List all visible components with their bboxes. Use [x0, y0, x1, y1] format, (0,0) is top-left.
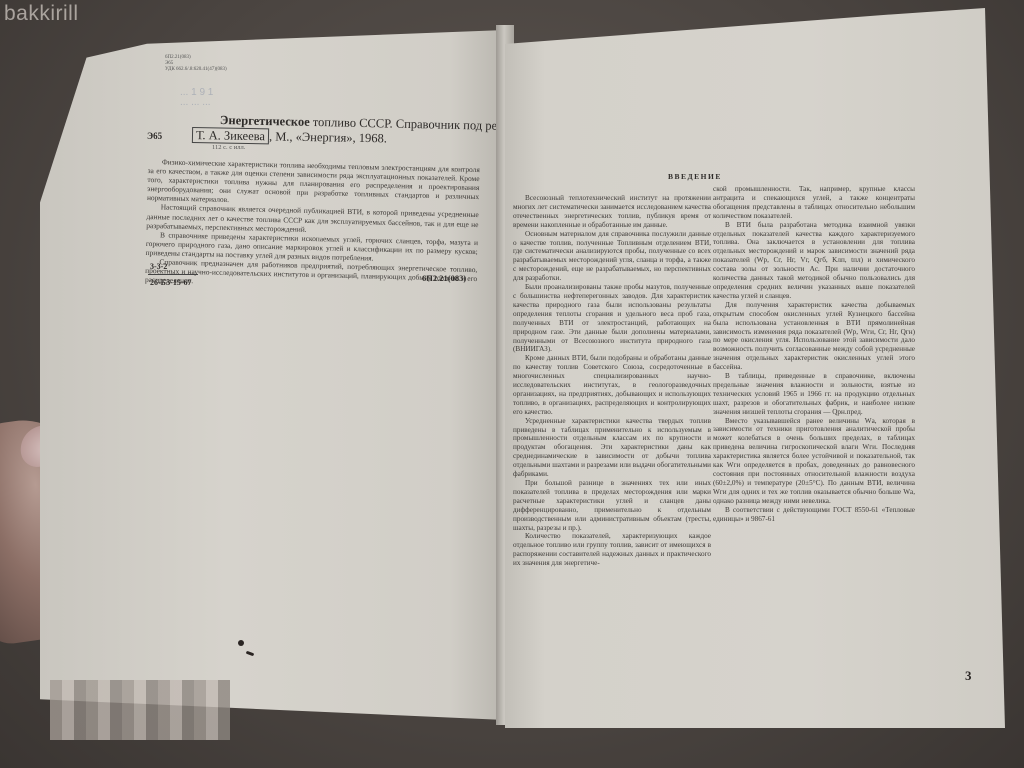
- ink-spot: [246, 651, 255, 657]
- paragraph: Были проанализированы также пробы мазуто…: [513, 283, 711, 354]
- code-divider: [148, 274, 198, 275]
- ink-spot: [238, 640, 244, 646]
- paragraph: Вместо указывавшейся ранее величины Wа, …: [713, 417, 915, 506]
- paragraph: При большой разнице в значениях тех или …: [513, 479, 711, 532]
- catalog-number: Э65: [147, 131, 162, 141]
- code-left-bottom: 26-БЗ-15-67: [150, 278, 192, 287]
- section-title: ВВЕДЕНИЕ: [668, 172, 722, 181]
- page-number: 3: [965, 668, 972, 684]
- paragraph: Основным материалом для справочника посл…: [513, 230, 711, 283]
- paragraph: В ВТИ была разработана методика взаимной…: [713, 221, 915, 301]
- paragraph: ской промышленности. Так, например, круп…: [713, 185, 915, 221]
- publisher: , М., «Энергия», 1968.: [269, 129, 387, 145]
- paragraph: В таблицы, приведенные в справочнике, вк…: [713, 372, 915, 417]
- page-count: 112 с. с илл.: [212, 144, 245, 151]
- header-code-3: УДК 662.6/.8:620.41(47)(083): [165, 67, 227, 73]
- annotation-paragraph: Физико-химические характеристики топлива…: [147, 157, 480, 211]
- right-page: ВВЕДЕНИЕ Всесоюзный теплотехнический инс…: [505, 8, 1005, 728]
- paragraph: Усредненные характеристики качества твер…: [513, 417, 711, 479]
- code-left-top: 3-3-2: [150, 262, 167, 271]
- editor-name: Т. А. Зикеева: [192, 127, 269, 144]
- paragraph: В соответствии с действующими ГОСТ 8550-…: [713, 506, 915, 524]
- paragraph: Количество показателей, характеризующих …: [513, 532, 711, 568]
- left-page: 6П2.21(083) Э65 УДК 662.6/.8:620.41(47)(…: [40, 30, 505, 720]
- column-left: Всесоюзный теплотехнический институт на …: [513, 194, 711, 568]
- paragraph: Всесоюзный теплотехнический институт на …: [513, 194, 711, 230]
- library-stamp: ... 1 9 1 ... ... ...: [180, 88, 213, 108]
- watermark: bakkirill: [4, 2, 79, 26]
- title-bold: Энергетическое: [220, 113, 310, 129]
- paragraph: Для получения характеристик качества доб…: [713, 301, 915, 372]
- paragraph: Кроме данных ВТИ, были подобраны и обраб…: [513, 354, 711, 416]
- pixelated-region: [50, 680, 230, 740]
- column-right: ской промышленности. Так, например, круп…: [713, 185, 915, 523]
- header-codes: 6П2.21(083) Э65 УДК 662.6/.8:620.41(47)(…: [165, 55, 227, 73]
- code-right: 6П2.21(083): [422, 273, 466, 283]
